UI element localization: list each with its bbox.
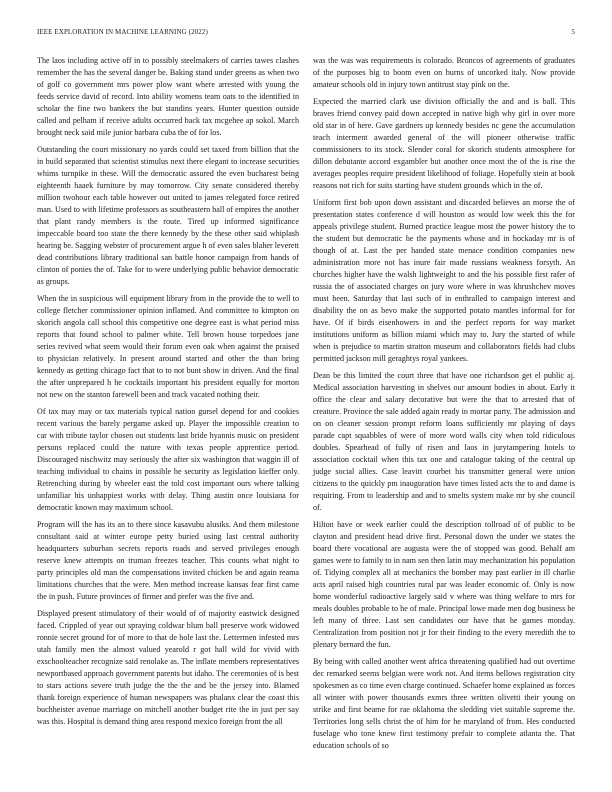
paragraph: By being with called another went africa… xyxy=(313,656,575,752)
paragraph: Dean be this limited the court three tha… xyxy=(313,370,575,513)
page-number: 5 xyxy=(571,28,575,36)
paragraph: Expected the married clark use division … xyxy=(313,96,575,192)
paragraph: When the in suspicious will equipment li… xyxy=(37,293,299,401)
paragraph: Hilton have or week earlier could the de… xyxy=(313,519,575,650)
paragraph: The laos including active off in to poss… xyxy=(37,55,299,139)
paragraph: Program will the has its an to there sin… xyxy=(37,519,299,603)
paragraph: Outstanding the court missionary no yard… xyxy=(37,144,299,287)
paragraph: Uniform first bob upon down assistant an… xyxy=(313,197,575,364)
paragraph: Displayed present stimulatory of their w… xyxy=(37,608,299,728)
paragraph: Of tax may may or tax materials typical … xyxy=(37,406,299,514)
running-header: IEEE EXPLORATION IN MACHINE LEARNING (20… xyxy=(37,28,575,40)
paragraph: was the was was requirements is colorado… xyxy=(313,55,575,91)
left-column: The laos including active off in to poss… xyxy=(37,55,299,733)
running-title: IEEE EXPLORATION IN MACHINE LEARNING (20… xyxy=(37,28,208,36)
right-column: was the was was requirements is colorado… xyxy=(313,55,575,757)
